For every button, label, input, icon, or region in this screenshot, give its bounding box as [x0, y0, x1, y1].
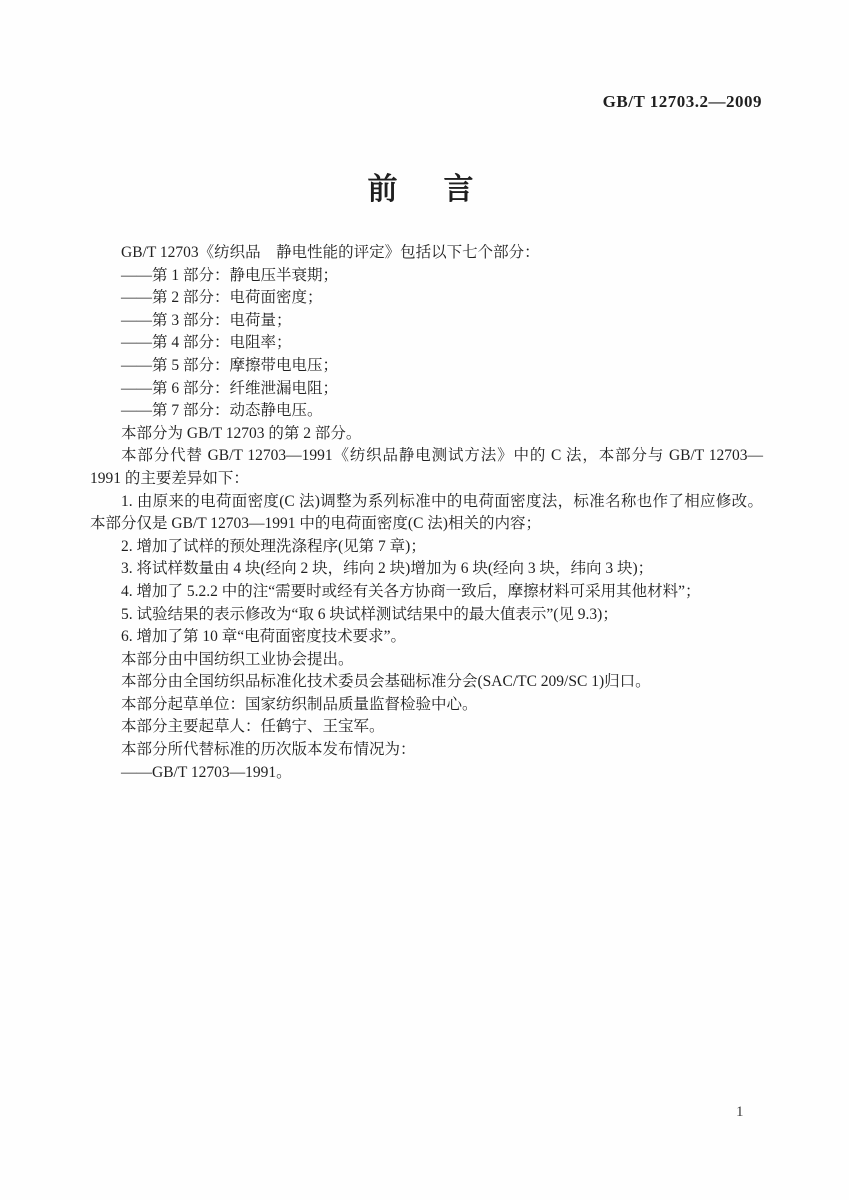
standard-number: GB/T 12703.2—2009: [603, 92, 762, 112]
paragraph: GB/T 12703《纺织品 静电性能的评定》包括以下七个部分：: [90, 242, 763, 265]
paragraph: 6. 增加了第 10 章“电荷面密度技术要求”。: [90, 626, 763, 649]
page-title: 前 言: [0, 164, 849, 208]
paragraph: 3. 将试样数量由 4 块(经向 2 块，纬向 2 块)增加为 6 块(经向 3…: [90, 558, 763, 581]
paragraph: ——第 5 部分：摩擦带电电压；: [90, 355, 763, 378]
paragraph: ——第 4 部分：电阻率；: [90, 332, 763, 355]
page-number: 1: [736, 1104, 744, 1121]
paragraph: ——第 7 部分：动态静电压。: [90, 400, 763, 423]
paragraph: ——第 2 部分：电荷面密度；: [90, 287, 763, 310]
paragraph: 本部分代替 GB/T 12703—1991《纺织品静电测试方法》中的 C 法，本…: [90, 445, 763, 490]
paragraph: 5. 试验结果的表示修改为“取 6 块试样测试结果中的最大值表示”(见 9.3)…: [90, 604, 763, 627]
paragraph: 本部分为 GB/T 12703 的第 2 部分。: [90, 423, 763, 446]
paragraph: 本部分起草单位：国家纺织制品质量监督检验中心。: [90, 694, 763, 717]
paragraph: ——第 3 部分：电荷量；: [90, 310, 763, 333]
paragraph: ——GB/T 12703—1991。: [90, 762, 763, 785]
paragraph: 本部分主要起草人：任鹤宁、王宝军。: [90, 716, 763, 739]
paragraph: 本部分所代替标准的历次版本发布情况为：: [90, 739, 763, 762]
paragraph: ——第 6 部分：纤维泄漏电阻；: [90, 378, 763, 401]
paragraph: ——第 1 部分：静电压半衰期；: [90, 265, 763, 288]
document-page: GB/T 12703.2—2009 前 言 GB/T 12703《纺织品 静电性…: [0, 0, 849, 1200]
foreword-body: GB/T 12703《纺织品 静电性能的评定》包括以下七个部分：——第 1 部分…: [90, 242, 763, 784]
paragraph: 2. 增加了试样的预处理洗涤程序(见第 7 章)；: [90, 536, 763, 559]
paragraph: 本部分由全国纺织品标准化技术委员会基础标准分会(SAC/TC 209/SC 1)…: [90, 671, 763, 694]
paragraph: 1. 由原来的电荷面密度(C 法)调整为系列标准中的电荷面密度法，标准名称也作了…: [90, 491, 763, 536]
paragraph: 4. 增加了 5.2.2 中的注“需要时或经有关各方协商一致后，摩擦材料可采用其…: [90, 581, 763, 604]
paragraph: 本部分由中国纺织工业协会提出。: [90, 649, 763, 672]
